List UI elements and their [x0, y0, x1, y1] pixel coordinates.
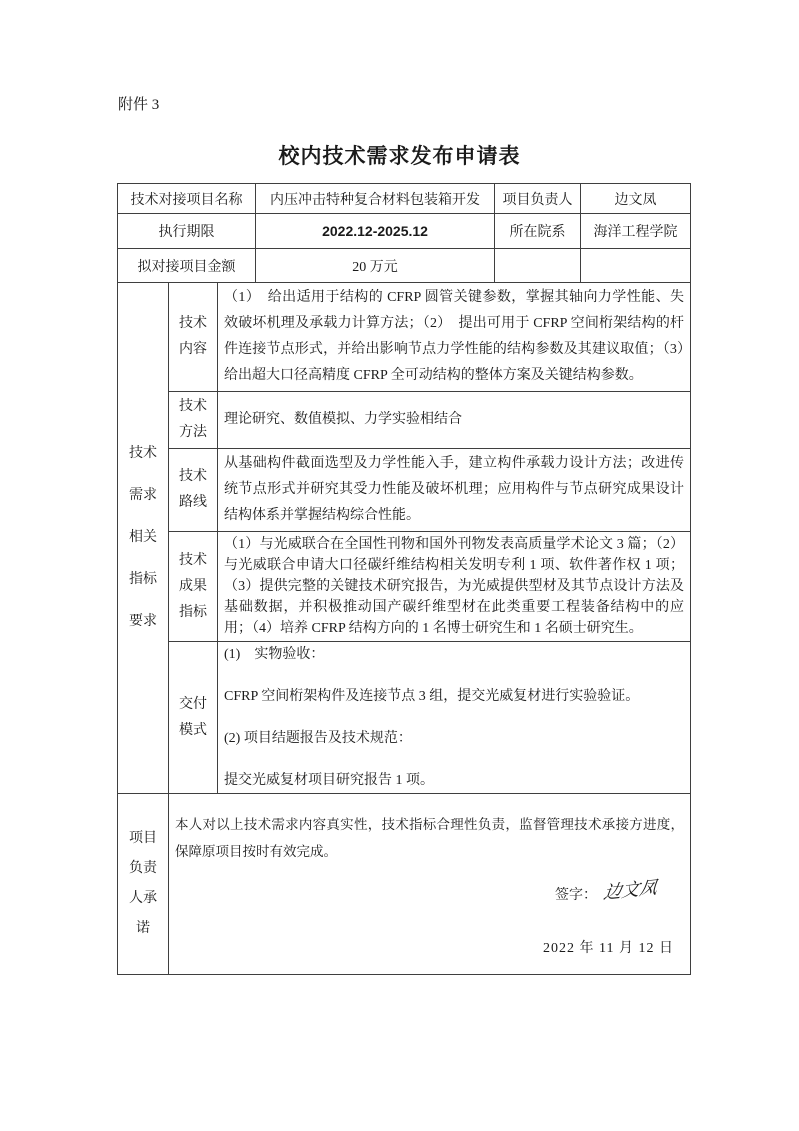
page-title: 校内技术需求发布申请表 [0, 140, 799, 170]
execution-period-label: 执行期限 [118, 214, 256, 249]
requirements-group-label: 技术 需求 相关 指标 要求 [118, 283, 169, 794]
amount-label: 拟对接项目金额 [118, 249, 256, 283]
tech-method-label: 技术 方法 [169, 392, 218, 449]
table-row: 技术 需求 相关 指标 要求 技术 内容 （1） 给出适用于结构的 CFRP 圆… [118, 283, 691, 392]
table-row: 项目 负责 人承 诺 本人对以上技术需求内容真实性，技术指标合理性负责，监督管理… [118, 794, 691, 975]
department-value: 海洋工程学院 [581, 214, 691, 249]
commitment-text: 本人对以上技术需求内容真实性，技术指标合理性负责，监督管理技术承接方进度，保障原… [175, 811, 684, 865]
delivery-mode-text: (1) 实物验收： CFRP 空间桁架构件及连接节点 3 组，提交光威复材进行实… [218, 642, 691, 794]
tech-outcome-text: （1）与光威联合在全国性刊物和国外刊物发表高质量学术论文 3 篇；（2）与光威联… [218, 532, 691, 642]
table-row: 技术 成果 指标 （1）与光威联合在全国性刊物和国外刊物发表高质量学术论文 3 … [118, 532, 691, 642]
empty-cell [581, 249, 691, 283]
tech-route-label: 技术 路线 [169, 449, 218, 532]
table-row: 技术 方法 理论研究、数值模拟、力学实验相结合 [118, 392, 691, 449]
tech-route-text: 从基础构件截面选型及力学性能入手，建立构件承载力设计方法；改进传统节点形式并研究… [218, 449, 691, 532]
project-leader-value: 边文凤 [581, 184, 691, 214]
signature-handwriting: 边文凤 [602, 873, 659, 905]
application-form-table: 技术对接项目名称 内压冲击特种复合材料包装箱开发 项目负责人 边文凤 执行期限 … [117, 183, 691, 975]
tech-outcome-label: 技术 成果 指标 [169, 532, 218, 642]
tech-method-text: 理论研究、数值模拟、力学实验相结合 [218, 392, 691, 449]
empty-cell [495, 249, 581, 283]
table-row: 技术对接项目名称 内压冲击特种复合材料包装箱开发 项目负责人 边文凤 [118, 184, 691, 214]
table-row: 交付 模式 (1) 实物验收： CFRP 空间桁架构件及连接节点 3 组，提交光… [118, 642, 691, 794]
table-row: 执行期限 2022.12-2025.12 所在院系 海洋工程学院 [118, 214, 691, 249]
project-name-label: 技术对接项目名称 [118, 184, 256, 214]
department-label: 所在院系 [495, 214, 581, 249]
tech-content-label: 技术 内容 [169, 283, 218, 392]
delivery-mode-label: 交付 模式 [169, 642, 218, 794]
execution-period-value: 2022.12-2025.12 [256, 214, 495, 249]
attachment-label: 附件 3 [118, 93, 159, 114]
commitment-label: 项目 负责 人承 诺 [118, 794, 169, 975]
amount-value: 20 万元 [256, 249, 495, 283]
signature-line: 签字：边文凤 [175, 879, 684, 905]
table-row: 技术 路线 从基础构件截面选型及力学性能入手，建立构件承载力设计方法；改进传统节… [118, 449, 691, 532]
signature-label: 签字： [555, 888, 597, 903]
document-page: 附件 3 校内技术需求发布申请表 技术对接项目名称 内压冲击特种复合材料包装箱开… [0, 0, 799, 1131]
signature-date: 2022 年 11 月 12 日 [175, 937, 684, 957]
project-leader-label: 项目负责人 [495, 184, 581, 214]
table-row: 拟对接项目金额 20 万元 [118, 249, 691, 283]
commitment-cell: 本人对以上技术需求内容真实性，技术指标合理性负责，监督管理技术承接方进度，保障原… [169, 794, 691, 975]
project-name-value: 内压冲击特种复合材料包装箱开发 [256, 184, 495, 214]
tech-content-text: （1） 给出适用于结构的 CFRP 圆管关键参数，掌握其轴向力学性能、失效破坏机… [218, 283, 691, 392]
